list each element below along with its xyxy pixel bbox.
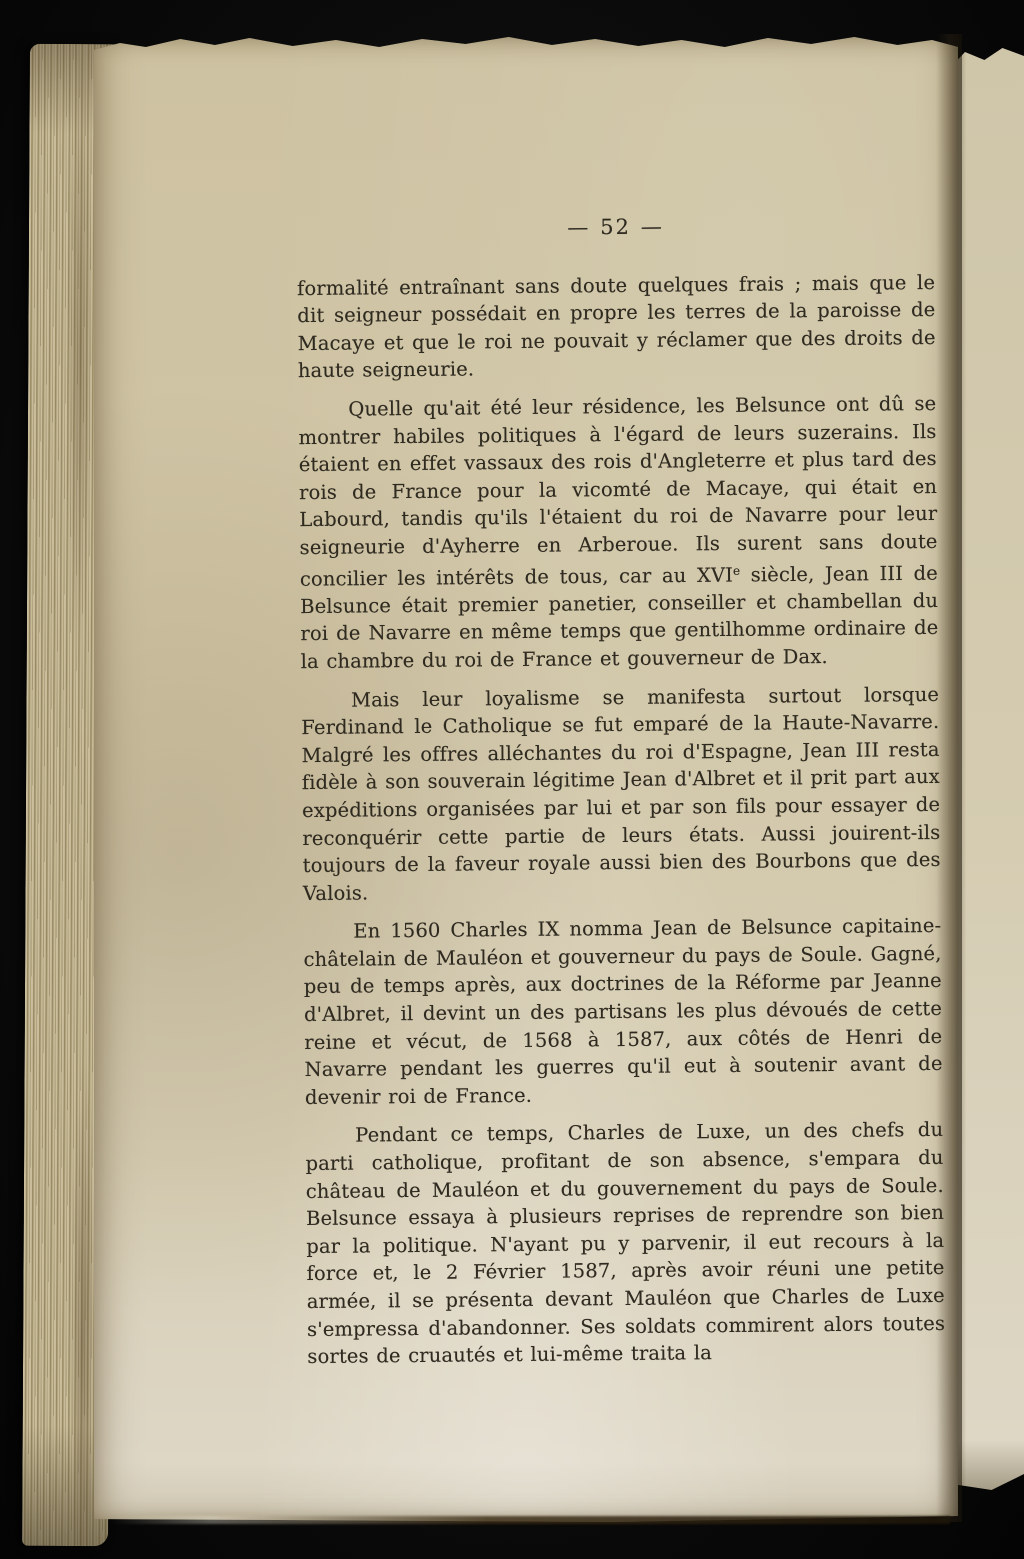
page-number: — 52 — (296, 211, 934, 245)
paragraph-4: En 1560 Charles IX nomma Jean de Belsunc… (303, 912, 943, 1111)
book-scan-scene: — 52 — formalité entraînant sans doute q… (0, 0, 1024, 1559)
adjacent-page-edge (952, 40, 1024, 1514)
paragraph-3: Mais leur loyalisme se manifesta surtout… (301, 680, 941, 907)
page-bottom-edge (110, 1516, 950, 1524)
paragraph-1: formalité entraînant sans doute quelques… (297, 269, 936, 385)
paragraph-2-text: Quelle qu'ait été leur résidence, les Be… (298, 392, 937, 590)
paragraph-2: Quelle qu'ait été leur résidence, les Be… (298, 390, 939, 676)
page-text-block: — 52 — formalité entraînant sans doute q… (296, 211, 945, 1382)
book-page: — 52 — formalité entraînant sans doute q… (94, 34, 958, 1522)
paragraph-5: Pendant ce temps, Charles de Luxe, un de… (305, 1116, 945, 1370)
